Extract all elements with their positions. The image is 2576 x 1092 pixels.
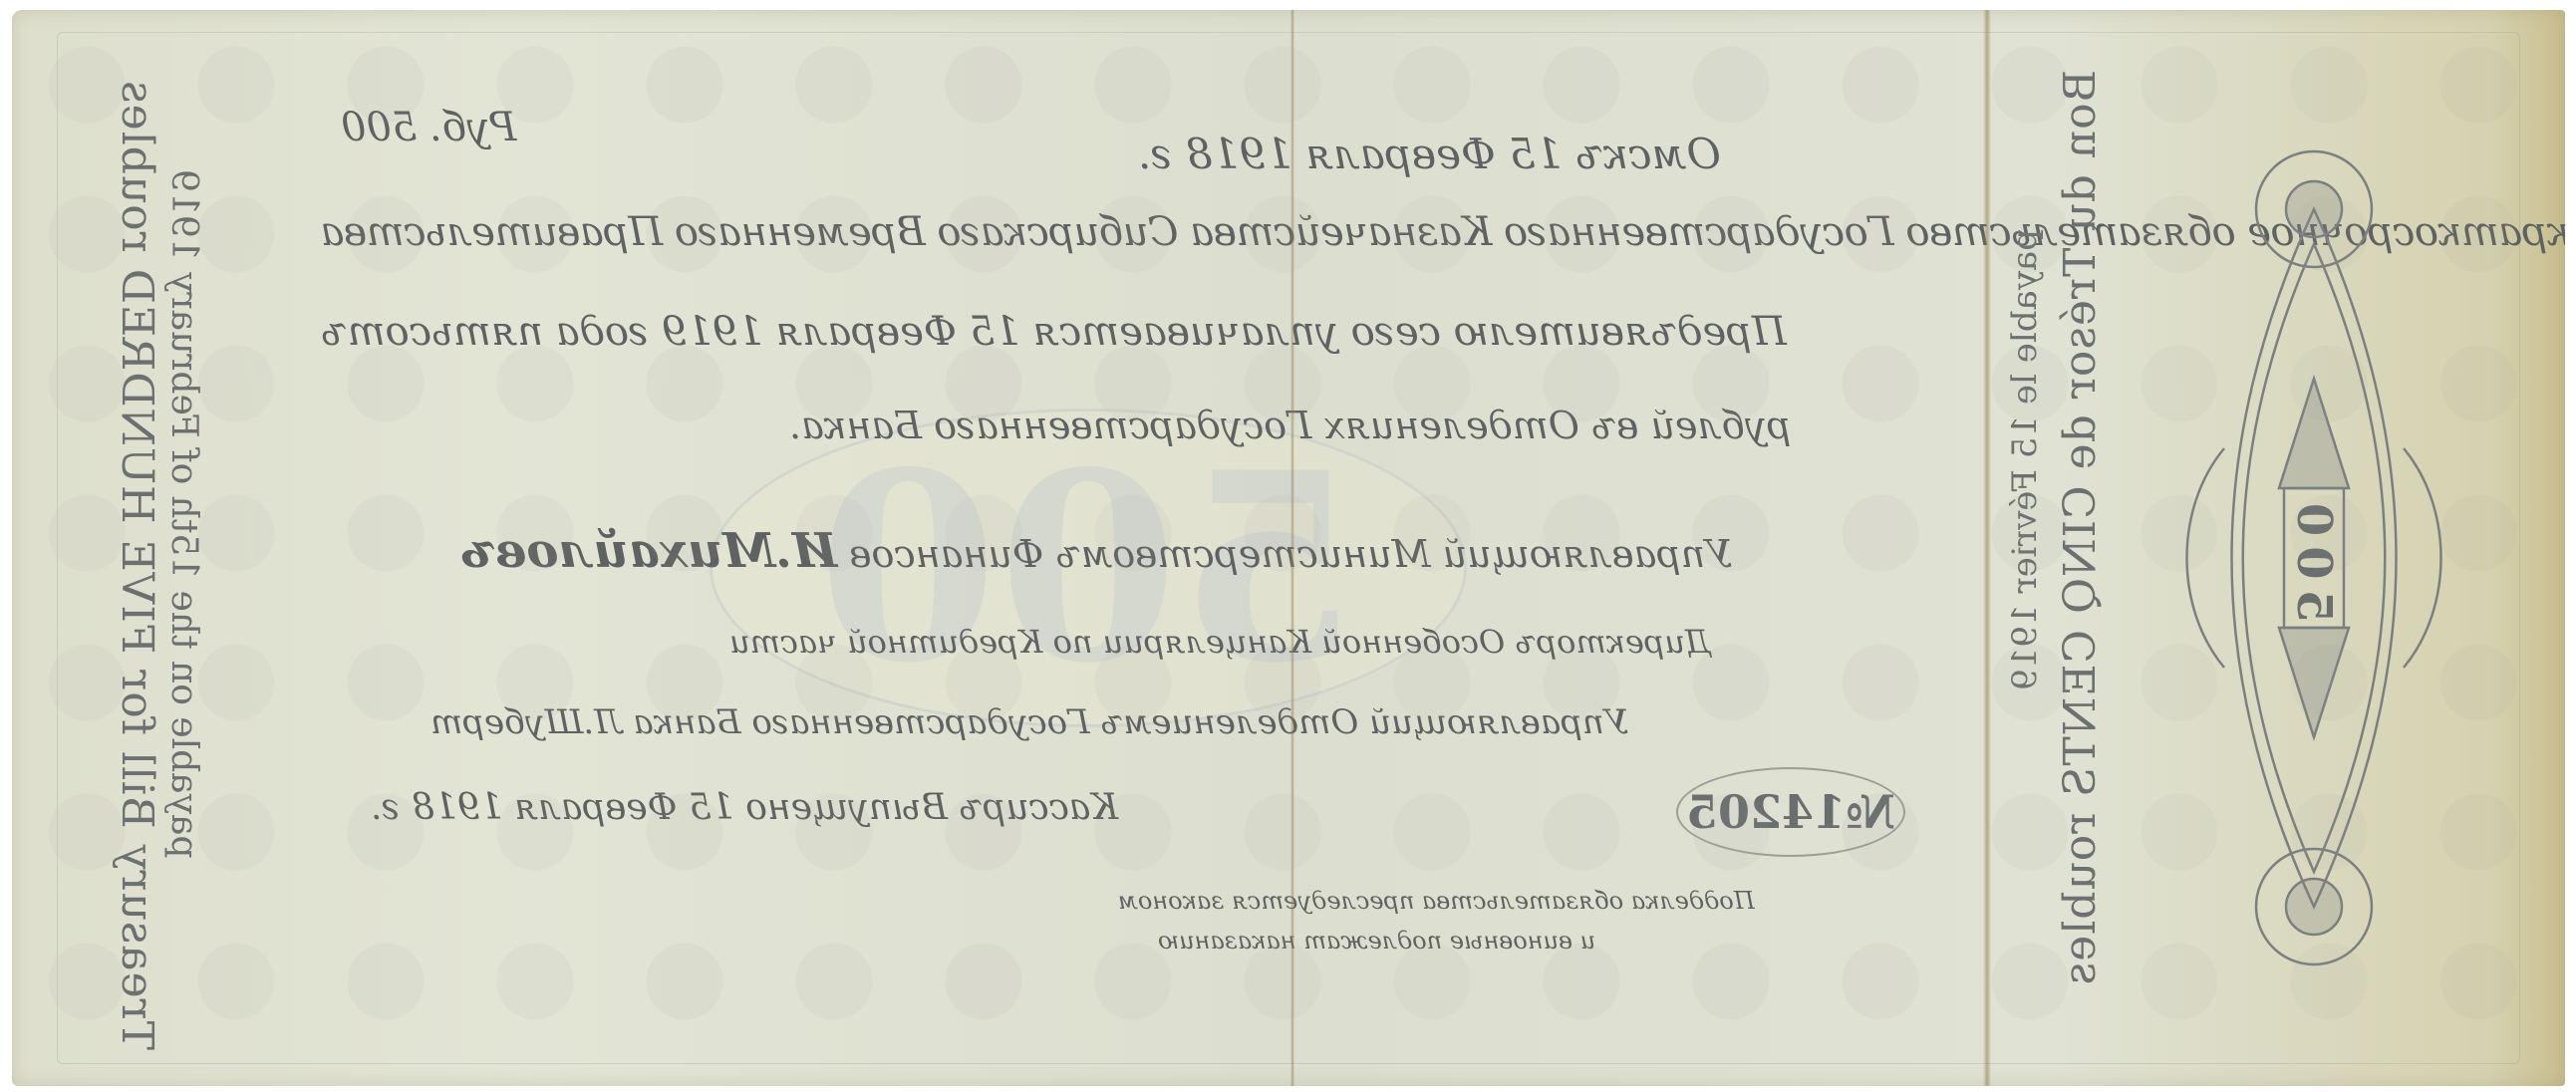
treasury-bill-paper: 500 Treasury Bill for FIVE HUNDRED roubl… (12, 10, 2565, 1086)
left-margin-english-payable: payable on the 15th of February 1919 (163, 169, 204, 859)
amount-label: Руб. 500 (341, 105, 516, 150)
bank-manager-label: Управляющий Отделениемъ Государственнаго… (633, 702, 1628, 742)
serial-number: №14205 (1686, 785, 1895, 839)
finance-minister-signature: И.Михайловъ (460, 523, 837, 579)
fold-line-torn (1983, 10, 1991, 1086)
right-margin-french-payable: payable le 15 Février 1919 (2005, 229, 2045, 690)
left-margin-english-title: Treasury Bill for FIVE HUNDRED roubles (112, 80, 162, 1050)
bank-manager-signature-line: Управляющий Отделениемъ Государственнаго… (430, 702, 1628, 742)
serial-number-stamp: №14205 (1676, 767, 1905, 857)
credit-office-director-label: Директоръ Особенной Канцелярии по Кредит… (729, 623, 1711, 661)
footnote-line-1: Подделка обязательства преследуется зако… (1118, 887, 1755, 915)
footnote-line-2: и виновные подлежат наказанию (1158, 927, 1595, 955)
emblem-denomination: 500 (2289, 428, 2339, 687)
right-margin-french-title: Bon du Trésor de CINQ CENTS roubles (2055, 70, 2106, 985)
finance-minister-signature-line: Управляющий Министерствомъ Финансов И.Ми… (460, 523, 1733, 579)
payable-line: Предъявителю сего уплачивается 15 Феврал… (321, 309, 1787, 355)
fold-line (1290, 10, 1294, 1086)
place-date: Омскъ 15 Февраля 1918 г. (1138, 130, 1721, 178)
bank-manager-signature: Л.Шуберт (430, 702, 623, 742)
issue-date-line: Кассиръ Выпущено 15 Февраля 1918 г. (371, 787, 1118, 828)
